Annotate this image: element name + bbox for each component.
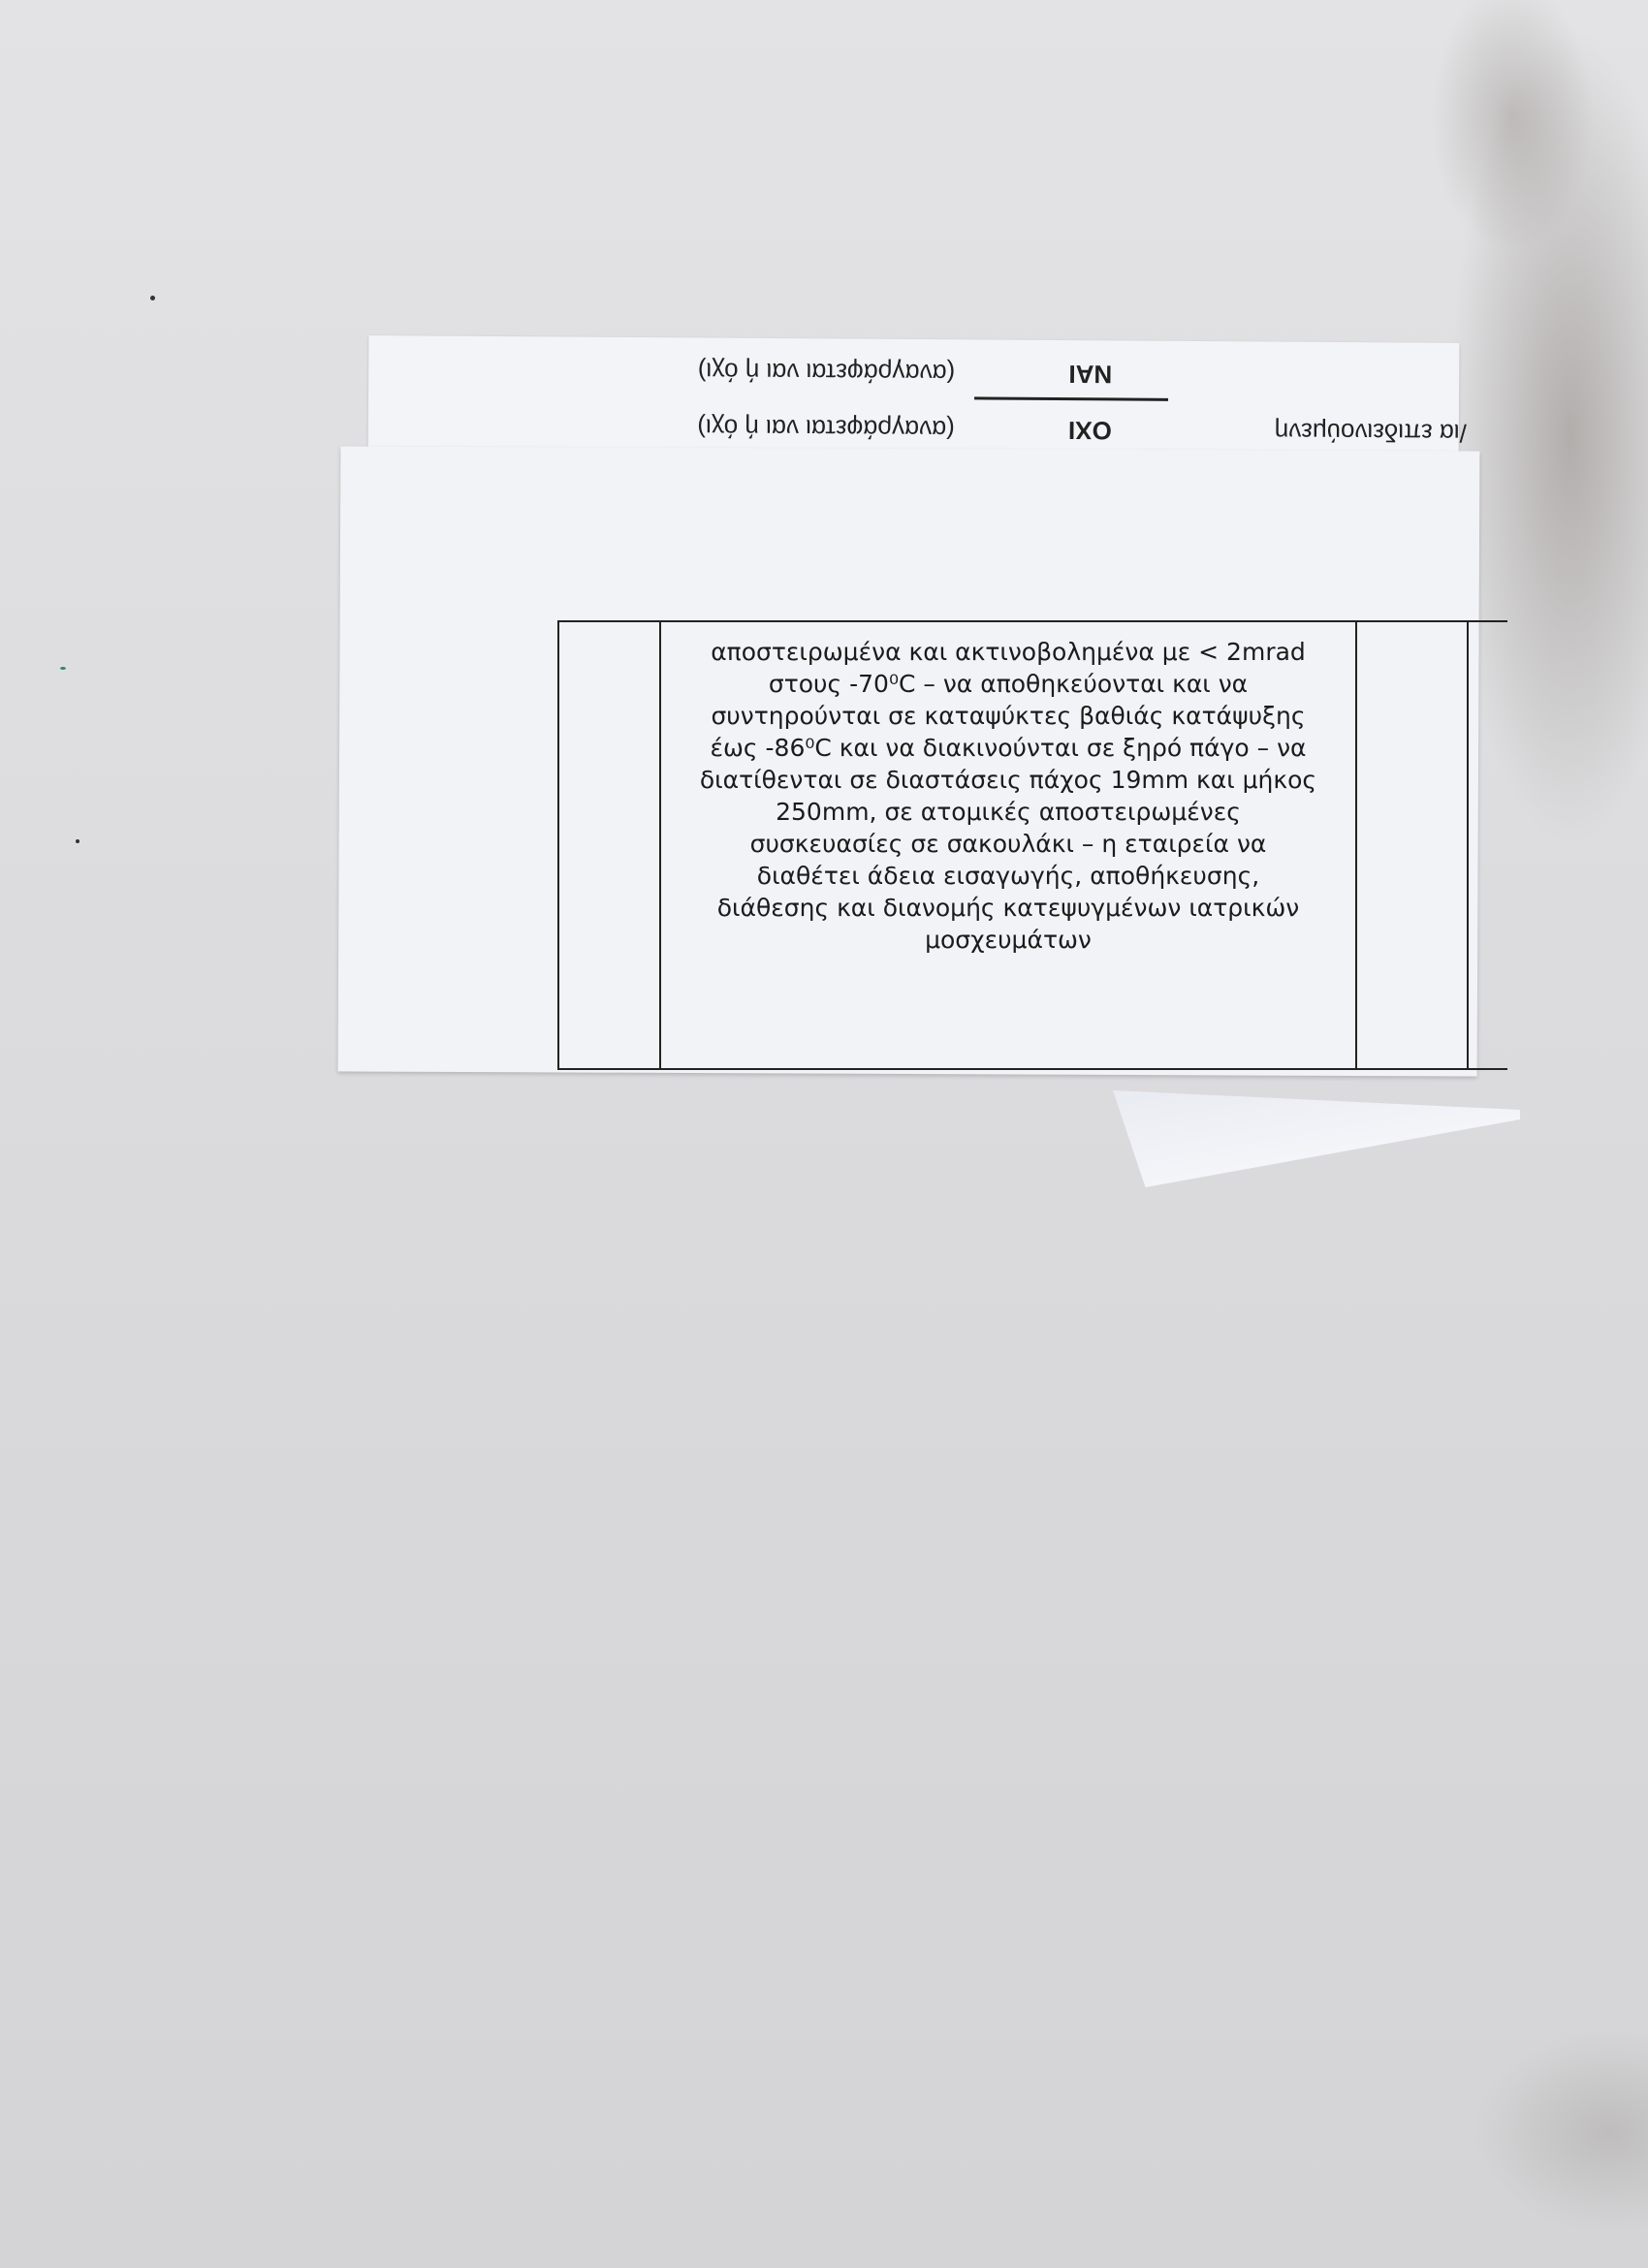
description-line: συσκευασίες σε σακουλάκι – η εταιρεία να — [667, 828, 1349, 860]
dust-speck — [150, 296, 155, 300]
option-no-label: ΟΧΙ — [1068, 415, 1112, 445]
description-line: διαθέτει άδεια εισαγωγής, αποθήκευσης, — [667, 860, 1349, 892]
partial-heading: /ια επιδεινούμενη — [1275, 417, 1467, 448]
option-yes-note: (αναγράφεται ναι ή όχι) — [698, 356, 956, 388]
description-line: 250mm, σε ατομικές αποστειρωμένες — [667, 796, 1349, 828]
dust-speck — [60, 667, 66, 670]
description-line: στους -70⁰C – να αποθηκεύονται και να — [667, 668, 1349, 700]
option-yes-label: ΝΑΙ — [1068, 359, 1112, 389]
option-no-note: (αναγράφεται ναι ή όχι) — [697, 412, 955, 444]
spec-table-row: αποστειρωμένα και ακτινοβολημένα με < 2m… — [557, 620, 1507, 1070]
description-line: έως -86⁰C και να διακινούνται σε ξηρό πά… — [667, 732, 1349, 764]
answer-rule — [974, 396, 1168, 400]
description-line: μοσχευμάτων — [667, 924, 1349, 956]
table-cell-answer — [1355, 622, 1467, 1068]
description-line: διατίθενται σε διαστάσεις πάχος 19mm και… — [667, 764, 1349, 796]
table-cell-notes — [1467, 622, 1507, 1068]
description-line: αποστειρωμένα και ακτινοβολημένα με < 2m… — [667, 636, 1349, 668]
dust-speck — [76, 839, 79, 843]
table-cell-index — [557, 622, 659, 1068]
description-line: συντηρούνται σε καταψύκτες βαθιάς κατάψυ… — [667, 700, 1349, 732]
description-line: διάθεσης και διανομής κατεψυγμένων ιατρι… — [667, 892, 1349, 924]
table-cell-description: αποστειρωμένα και ακτινοβολημένα με < 2m… — [659, 622, 1355, 1068]
